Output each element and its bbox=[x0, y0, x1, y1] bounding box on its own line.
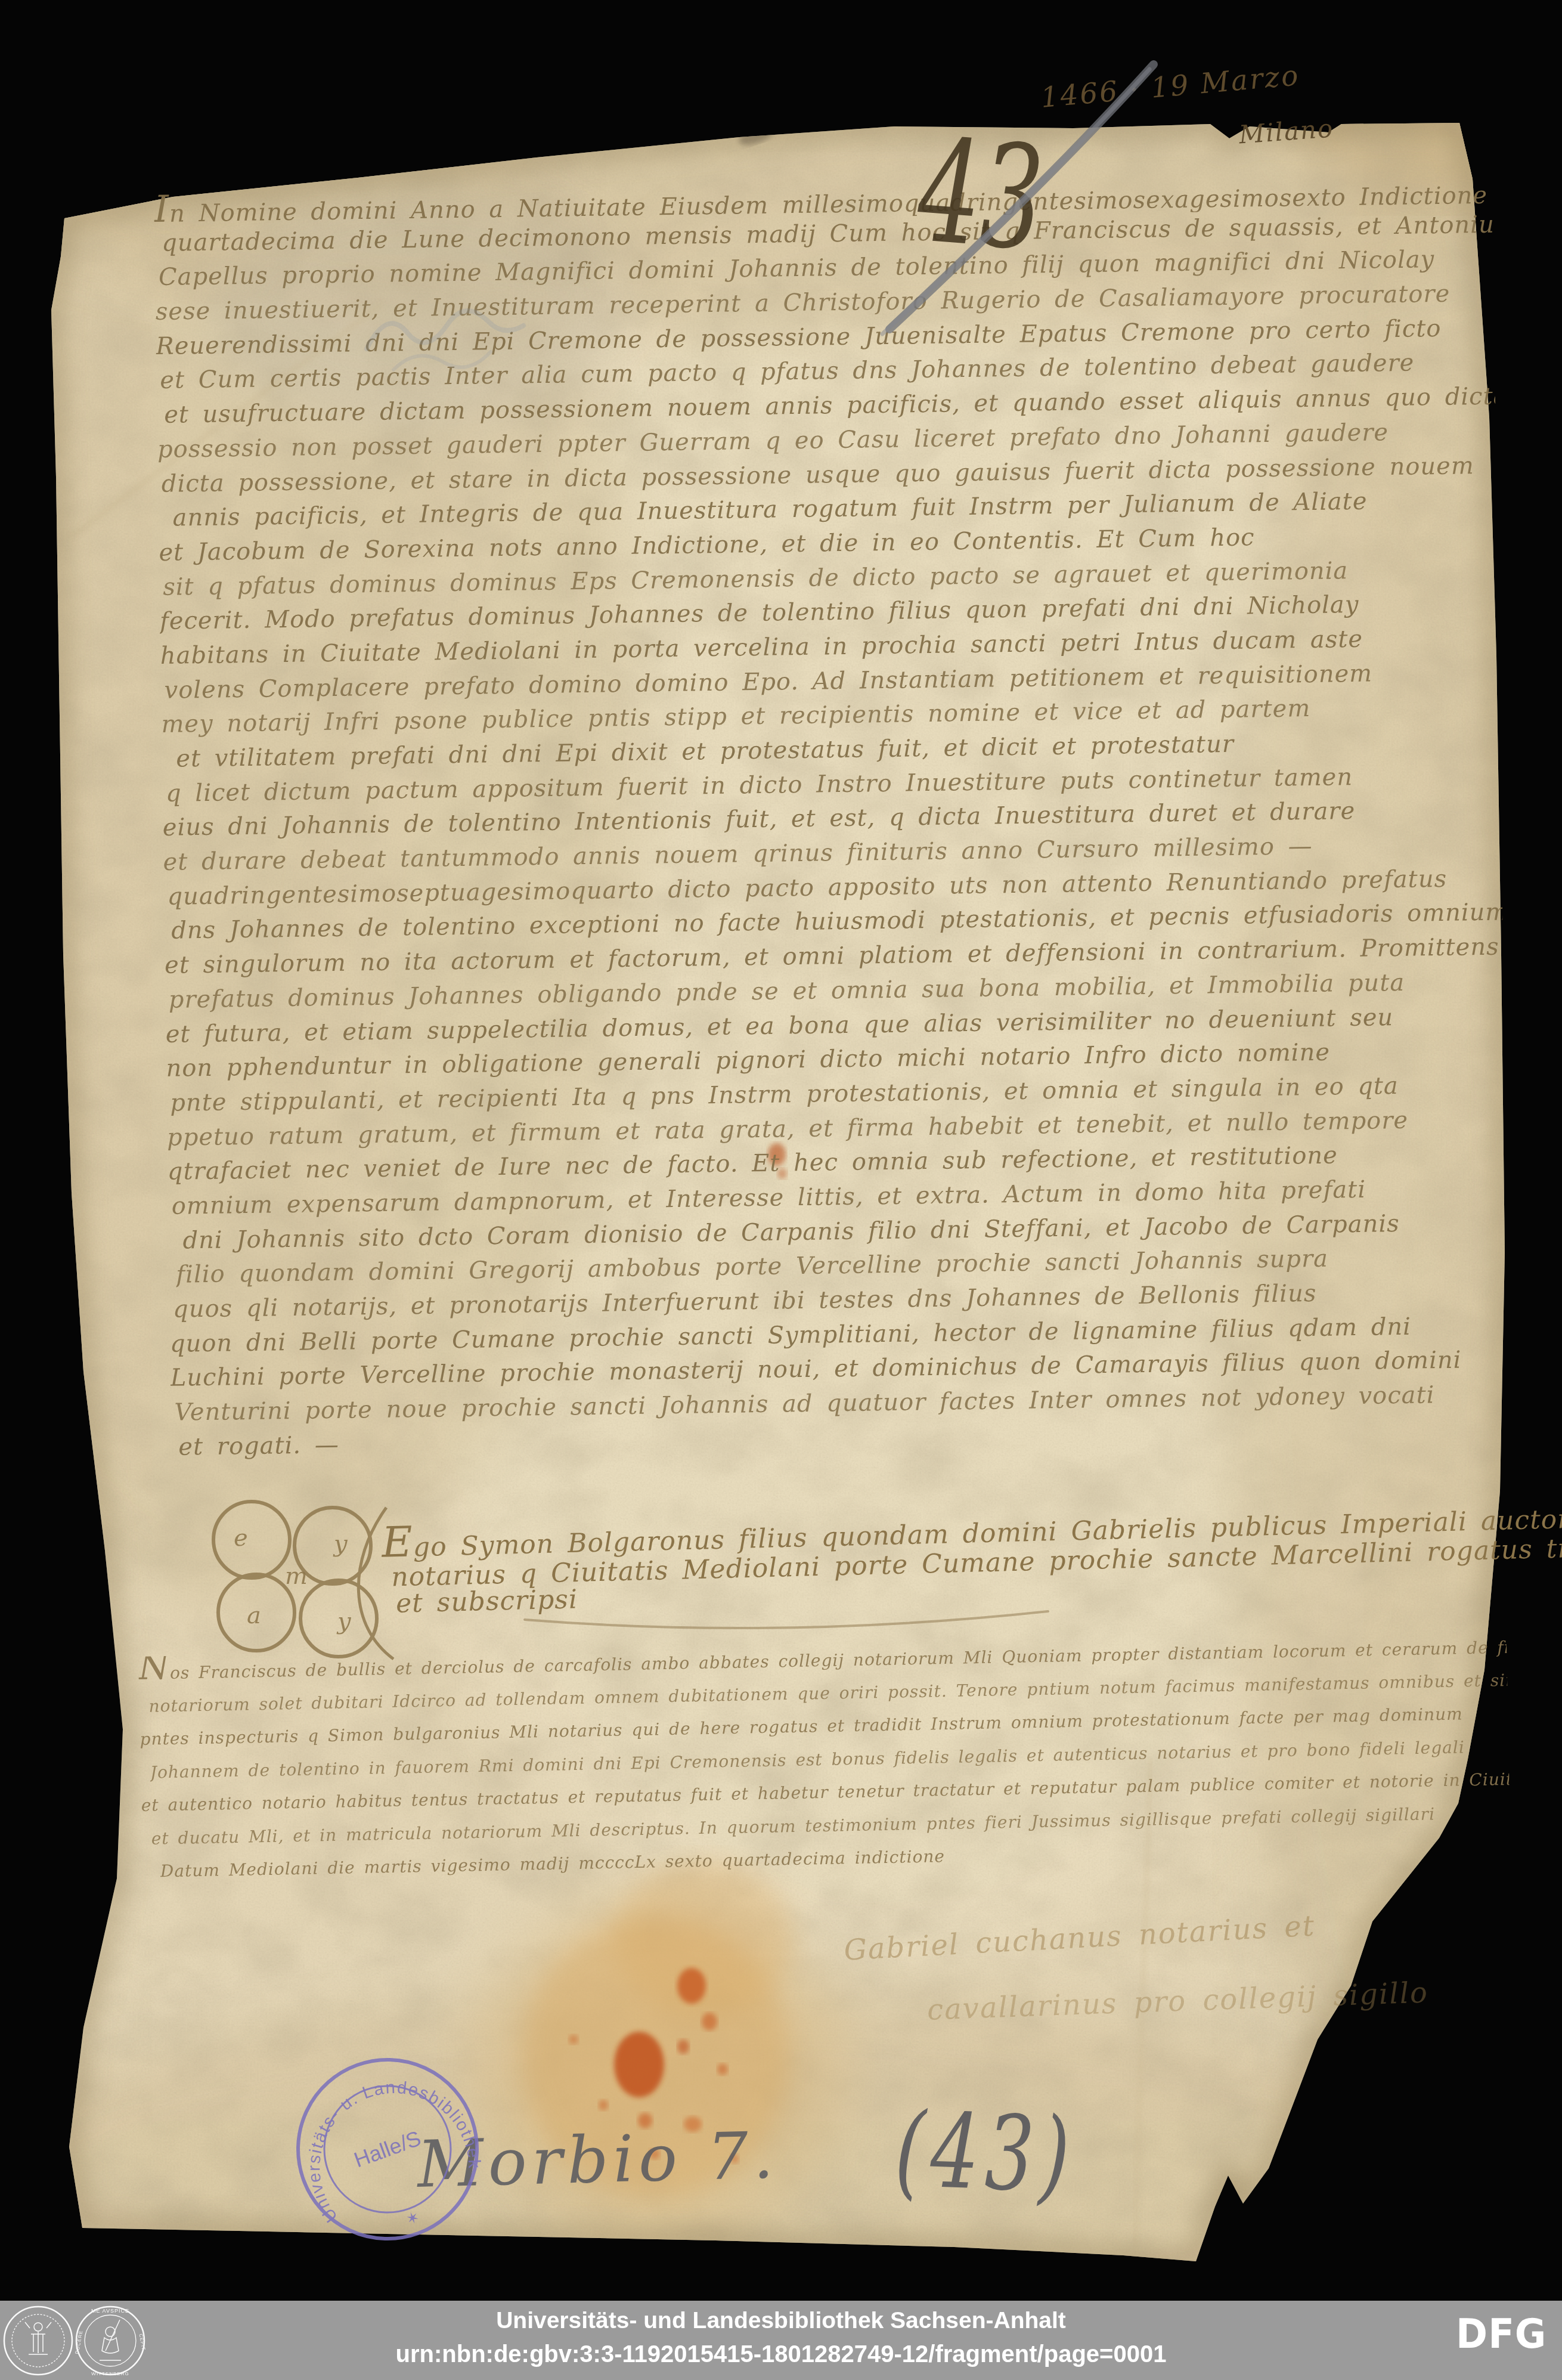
seal-motto-bottom: WITTENBERG bbox=[91, 2371, 129, 2376]
college-certification-block: Nos Franciscus de bullis et derciolus de… bbox=[138, 1630, 1511, 1888]
footer-library-name: Universitäts- und Landesbibliothek Sachs… bbox=[0, 2308, 1562, 2334]
sign-letter: e bbox=[234, 1524, 248, 1552]
footer-urn: urn:nbn:de:gbv:3:3-1192015415-1801282749… bbox=[0, 2341, 1562, 2368]
sign-letter: y bbox=[336, 1608, 352, 1635]
main-text-block: In Nomine domini Anno a Natiuitate Eiusd… bbox=[154, 174, 1510, 1465]
dfg-logo: DFG bbox=[1456, 2311, 1546, 2358]
notary-subscription-line: et subscripsi bbox=[395, 1584, 578, 1618]
scanned-page: In Nomine domini Anno a Natiuitate Eiusd… bbox=[0, 0, 1562, 2380]
crossed-archival-number: 43 bbox=[916, 119, 1046, 271]
sign-letter: m bbox=[285, 1562, 308, 1590]
sign-letter: a bbox=[247, 1602, 261, 1629]
sign-letter: y bbox=[333, 1530, 348, 1558]
stamp-center-text: Halle/S bbox=[351, 2125, 424, 2172]
pencil-shelfmark-number: (43) bbox=[893, 2090, 1078, 2217]
notarial-sign: e y m a y bbox=[197, 1491, 411, 1670]
stamp-star-icon: ✶ bbox=[404, 2208, 422, 2230]
